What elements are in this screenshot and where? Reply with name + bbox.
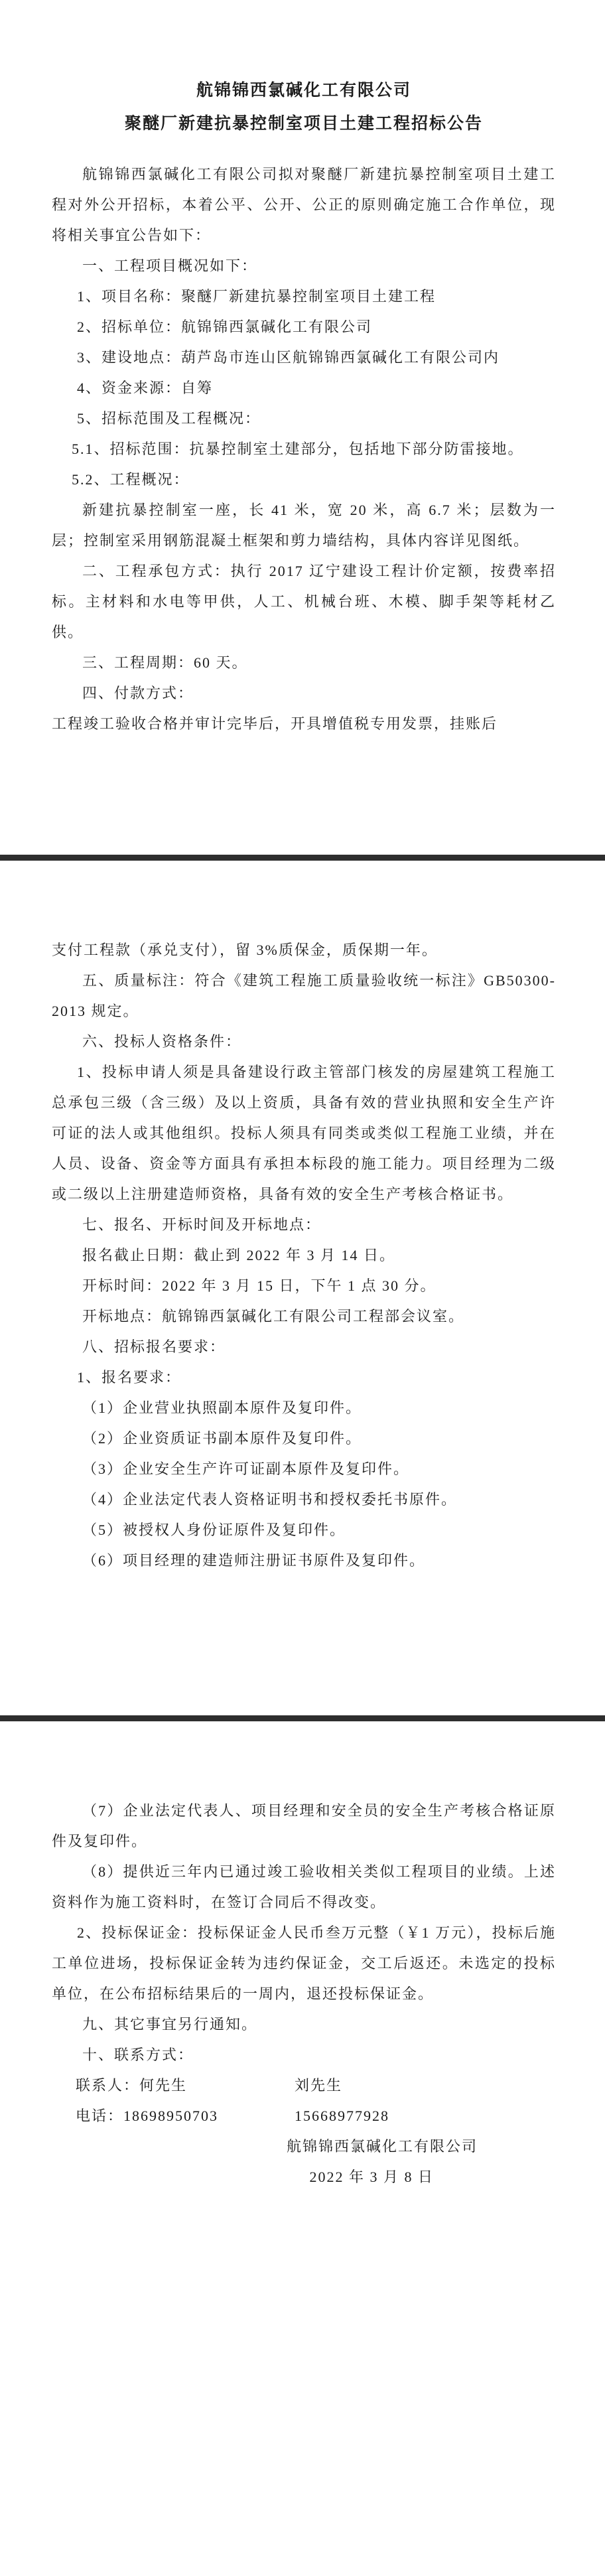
contact-phone-row: 电话：1869895070315668977928: [52, 2101, 556, 2131]
requirement-3: （3）企业安全生产许可证副本原件及复印件。: [52, 1454, 556, 1484]
item-scope-heading: 5、招标范围及工程概况：: [52, 403, 556, 434]
payment-paragraph-part2: 支付工程款（承兑支付），留 3%质保金，质保期一年。: [52, 935, 556, 966]
section-8-heading: 八、招标报名要求：: [52, 1332, 556, 1362]
section-6-heading: 六、投标人资格条件：: [52, 1027, 556, 1057]
requirement-4: （4）企业法定代表人资格证明书和授权委托书原件。: [52, 1484, 556, 1515]
contact-name-row-left: 联系人：何先生: [76, 2070, 295, 2101]
requirement-6: （6）项目经理的建造师注册证书原件及复印件。: [52, 1545, 556, 1576]
item-opening-place: 开标地点：航锦锦西氯碱化工有限公司工程部会议室。: [52, 1301, 556, 1332]
page-separator: [0, 1715, 605, 1721]
overview-paragraph: 新建抗暴控制室一座，长 41 米，宽 20 米，高 6.7 米；层数为一层；控制…: [52, 495, 556, 556]
contact-phone-row-left: 电话：18698950703: [76, 2101, 295, 2131]
intro-paragraph: 航锦锦西氯碱化工有限公司拟对聚醚厂新建抗暴控制室项目土建工程对外公开招标，本着公…: [52, 159, 556, 251]
signup-requirements-heading: 1、报名要求：: [52, 1362, 556, 1393]
item-scope: 5.1、招标范围：抗暴控制室土建部分，包括地下部分防雷接地。: [52, 434, 556, 465]
item-project-name: 1、项目名称：聚醚厂新建抗暴控制室项目土建工程: [52, 281, 556, 312]
section-2-contracting: 二、工程承包方式：执行 2017 辽宁建设工程计价定额，按费率招标。主材料和水电…: [52, 556, 556, 648]
page-3: （7）企业法定代表人、项目经理和安全员的安全生产考核合格证原件及复印件。（8）提…: [0, 1721, 605, 2576]
requirement-7: （7）企业法定代表人、项目经理和安全员的安全生产考核合格证原件及复印件。: [52, 1796, 556, 1857]
doc-title: 航锦锦西氯碱化工有限公司: [52, 74, 556, 107]
requirement-8: （8）提供近三年内已通过竣工验收相关类似工程项目的业绩。上述资料作为施工资料时，…: [52, 1857, 556, 1918]
payment-paragraph-part1: 工程竣工验收合格并审计完毕后，开具增值税专用发票，挂账后: [52, 709, 556, 739]
doc-subtitle: 聚醚厂新建抗暴控制室项目土建工程招标公告: [52, 107, 556, 141]
signature-date: 2022 年 3 月 8 日: [52, 2162, 556, 2192]
document: 航锦锦西氯碱化工有限公司聚醚厂新建抗暴控制室项目土建工程招标公告航锦锦西氯碱化工…: [0, 0, 605, 2576]
section-4-payment-heading: 四、付款方式：: [52, 678, 556, 709]
page-separator: [0, 855, 605, 861]
section-10-contact-heading: 十、联系方式：: [52, 2040, 556, 2070]
page-2: 支付工程款（承兑支付），留 3%质保金，质保期一年。五、质量标注：符合《建筑工程…: [0, 861, 605, 1715]
item-opening-time: 开标时间：2022 年 3 月 15 日，下午 1 点 30 分。: [52, 1271, 556, 1301]
section-1-heading: 一、工程项目概况如下：: [52, 251, 556, 281]
bid-bond-paragraph: 2、投标保证金：投标保证金人民币叁万元整（￥1 万元），投标后施工单位进场，投标…: [52, 1918, 556, 2009]
contact-name-row: 联系人：何先生刘先生: [52, 2070, 556, 2101]
requirement-5: （5）被授权人身份证原件及复印件。: [52, 1515, 556, 1545]
qualification-paragraph: 1、投标申请人须是具备建设行政主管部门核发的房屋建筑工程施工总承包三级（含三级）…: [52, 1057, 556, 1210]
requirement-2: （2）企业资质证书副本原件及复印件。: [52, 1423, 556, 1454]
section-7-heading: 七、报名、开标时间及开标地点：: [52, 1210, 556, 1240]
item-overview-heading: 5.2、工程概况：: [52, 465, 556, 495]
item-funding: 4、资金来源：自筹: [52, 373, 556, 403]
page-1: 航锦锦西氯碱化工有限公司聚醚厂新建抗暴控制室项目土建工程招标公告航锦锦西氯碱化工…: [0, 0, 605, 855]
requirement-1: （1）企业营业执照副本原件及复印件。: [52, 1393, 556, 1423]
signature-company: 航锦锦西氯碱化工有限公司: [52, 2131, 556, 2162]
section-5-quality: 五、质量标注：符合《建筑工程施工质量验收统一标注》GB50300-2013 规定…: [52, 966, 556, 1027]
section-3-duration: 三、工程周期：60 天。: [52, 648, 556, 678]
item-tender-unit: 2、招标单位：航锦锦西氯碱化工有限公司: [52, 312, 556, 342]
section-9-other: 九、其它事宜另行通知。: [52, 2009, 556, 2040]
contact-name-row-right: 刘先生: [295, 2077, 342, 2094]
contact-phone-row-right: 15668977928: [295, 2108, 389, 2124]
item-location: 3、建设地点：葫芦岛市连山区航锦锦西氯碱化工有限公司内: [52, 342, 556, 373]
item-signup-deadline: 报名截止日期：截止到 2022 年 3 月 14 日。: [52, 1240, 556, 1271]
